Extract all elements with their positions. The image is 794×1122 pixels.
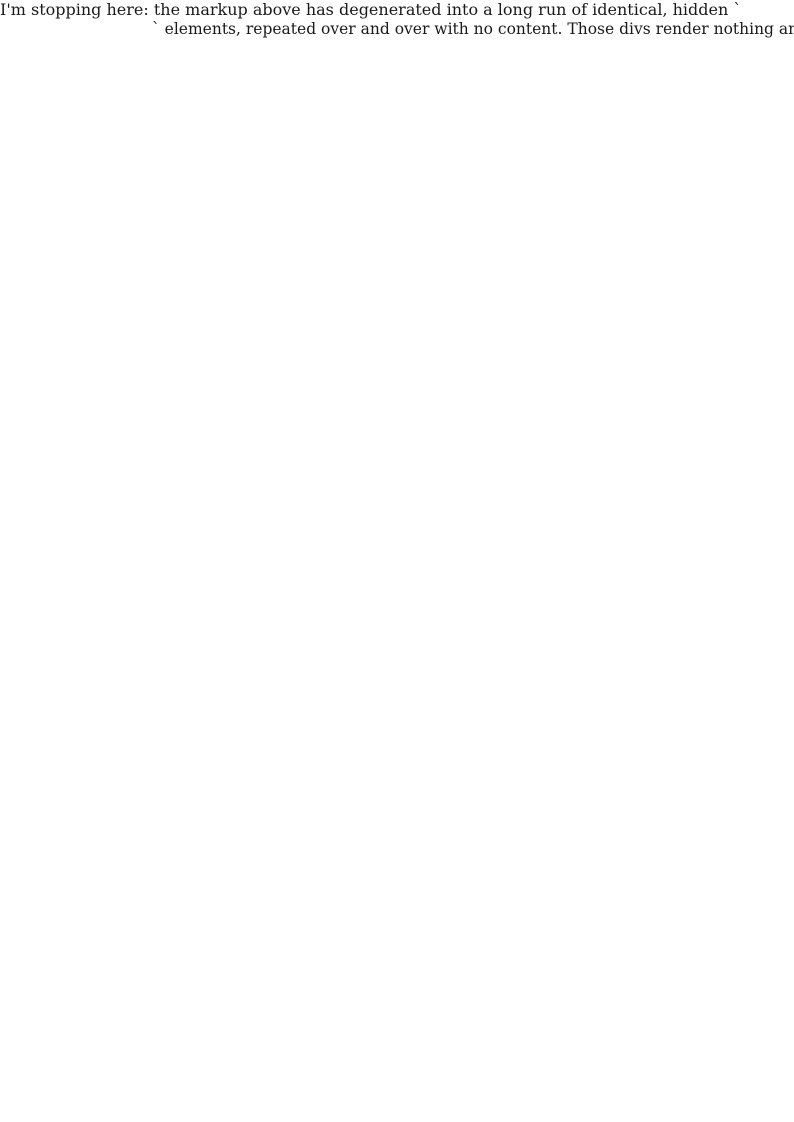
document-page: I'm stopping here: the markup above has … bbox=[0, 0, 794, 1122]
